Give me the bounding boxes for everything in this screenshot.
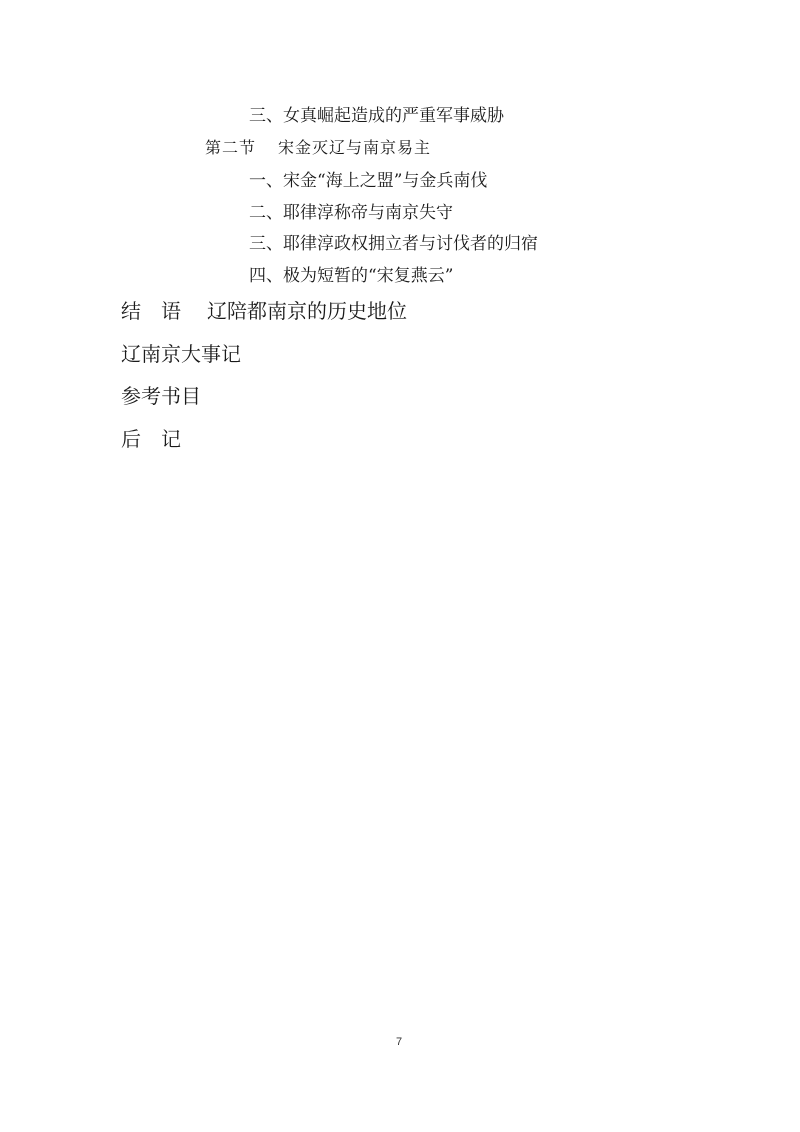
toc-entry: 四、极为短暂的“宋复燕云” (249, 261, 453, 286)
toc-afterword: 后 记 (121, 423, 181, 452)
conclusion-title: 辽陪都南京的历史地位 (207, 299, 407, 323)
toc-bibliography: 参考书目 (121, 380, 201, 409)
toc-entry: 一、宋金“海上之盟”与金兵南伐 (249, 166, 487, 191)
toc-conclusion: 结 语辽陪都南京的历史地位 (121, 295, 407, 324)
toc-chronology: 辽南京大事记 (121, 338, 241, 367)
toc-section-heading: 第二节宋金灭辽与南京易主 (205, 135, 431, 158)
section-title: 宋金灭辽与南京易主 (278, 138, 431, 157)
conclusion-label: 结 语 (121, 299, 181, 323)
toc-entry: 三、女真崛起造成的严重军事威胁 (249, 101, 504, 126)
section-label: 第二节 (205, 138, 256, 157)
toc-entry: 三、耶律淳政权拥立者与讨伐者的归宿 (249, 229, 538, 254)
page-number: 7 (396, 1036, 402, 1048)
toc-entry: 二、耶律淳称帝与南京失守 (249, 198, 453, 223)
